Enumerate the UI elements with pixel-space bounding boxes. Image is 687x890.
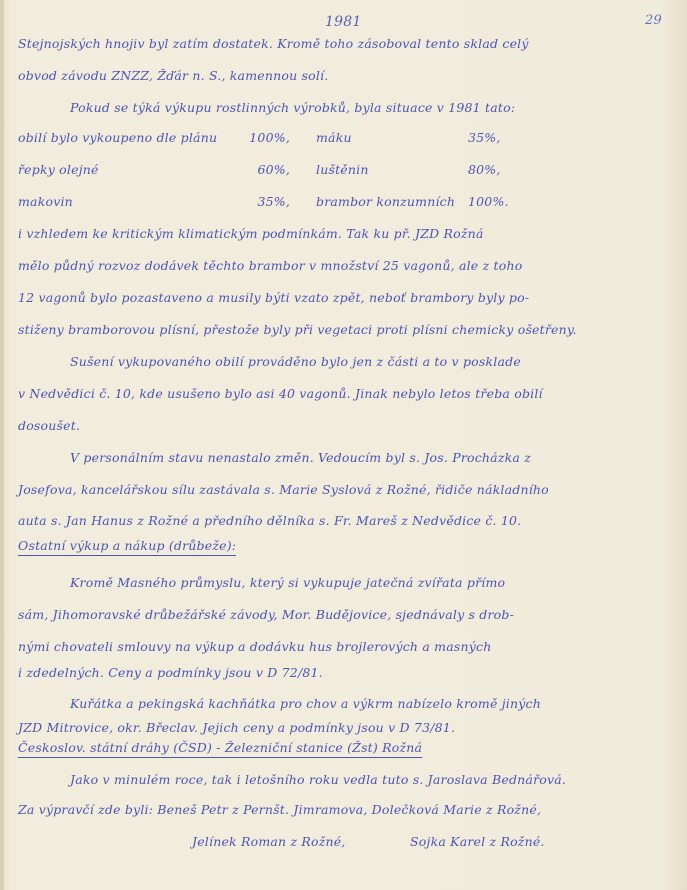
staff-name: Sojka Karel z Rožné. — [410, 834, 545, 849]
text-line: V personálním stavu nenastalo změn. Vedo… — [70, 450, 531, 465]
text-line: Kromě Masného průmyslu, který si vykupuj… — [70, 575, 505, 590]
text-line: auta s. Jan Hanus z Rožné a předního děl… — [18, 513, 521, 528]
crop-name: řepky olejné — [18, 162, 99, 177]
text-line: Stejnojských hnojiv byl zatím dostatek. … — [18, 36, 529, 51]
text-line: i zdedelných. Ceny a podmínky jsou v D 7… — [18, 665, 323, 680]
page-year: 1981 — [325, 14, 361, 30]
text-line: sám, Jihomoravské drůbežářské závody, Mo… — [18, 607, 514, 622]
text-line: Pokud se týká výkupu rostlinných výrobků… — [70, 100, 515, 115]
text-line: Jako v minulém roce, tak i letošního rok… — [70, 772, 566, 787]
section-heading: Českoslov. státní dráhy (ČSD) - Železnič… — [18, 740, 422, 758]
staff-name: Jelínek Roman z Rožné, — [192, 834, 346, 849]
ledger-page: 1981 29 Stejnojských hnojiv byl zatím do… — [0, 0, 687, 890]
text-line: Kuřátka a pekingská kachňátka pro chov a… — [70, 696, 541, 711]
text-line: Za výpravčí zde byli: Beneš Petr z Pernš… — [18, 802, 541, 817]
crop-percent: 100%. — [468, 194, 509, 209]
page-number: 29 — [645, 13, 662, 28]
text-line: v Nedvědici č. 10, kde usušeno bylo asi … — [18, 386, 543, 401]
text-line: JZD Mitrovice, okr. Břeclav. Jejich ceny… — [18, 720, 455, 735]
crop-percent: 100%, — [238, 130, 290, 145]
text-line: mělo půdný rozvoz dodávek těchto brambor… — [18, 258, 522, 273]
crop-percent: 60%, — [238, 162, 290, 177]
text-line: obvod závodu ZNZZ, Žďár n. S., kamennou … — [18, 68, 328, 83]
section-heading: Ostatní výkup a nákup (drůbeže): — [18, 538, 236, 556]
text-line: dosoušet. — [18, 418, 80, 433]
text-line: nými chovateli smlouvy na výkup a dodávk… — [18, 639, 491, 654]
crop-percent: 35%, — [468, 130, 501, 145]
text-line: Sušení vykupovaného obilí prováděno bylo… — [70, 354, 521, 369]
text-line: Josefova, kancelářskou sílu zastávala s.… — [18, 482, 549, 497]
crop-name: makovin — [18, 194, 73, 209]
text-line: stiženy bramborovou plísní, přestože byl… — [18, 322, 577, 337]
text-line: 12 vagonů bylo pozastaveno a musily býti… — [18, 290, 529, 305]
crop-percent: 80%, — [468, 162, 501, 177]
text-line: i vzhledem ke kritickým klimatickým podm… — [18, 226, 484, 241]
crop-name: luštěnin — [316, 162, 369, 177]
crop-name: máku — [316, 130, 352, 145]
crop-percent: 35%, — [238, 194, 290, 209]
crop-name: obilí bylo vykoupeno dle plánu — [18, 130, 217, 145]
crop-name: brambor konzumních — [316, 194, 455, 209]
